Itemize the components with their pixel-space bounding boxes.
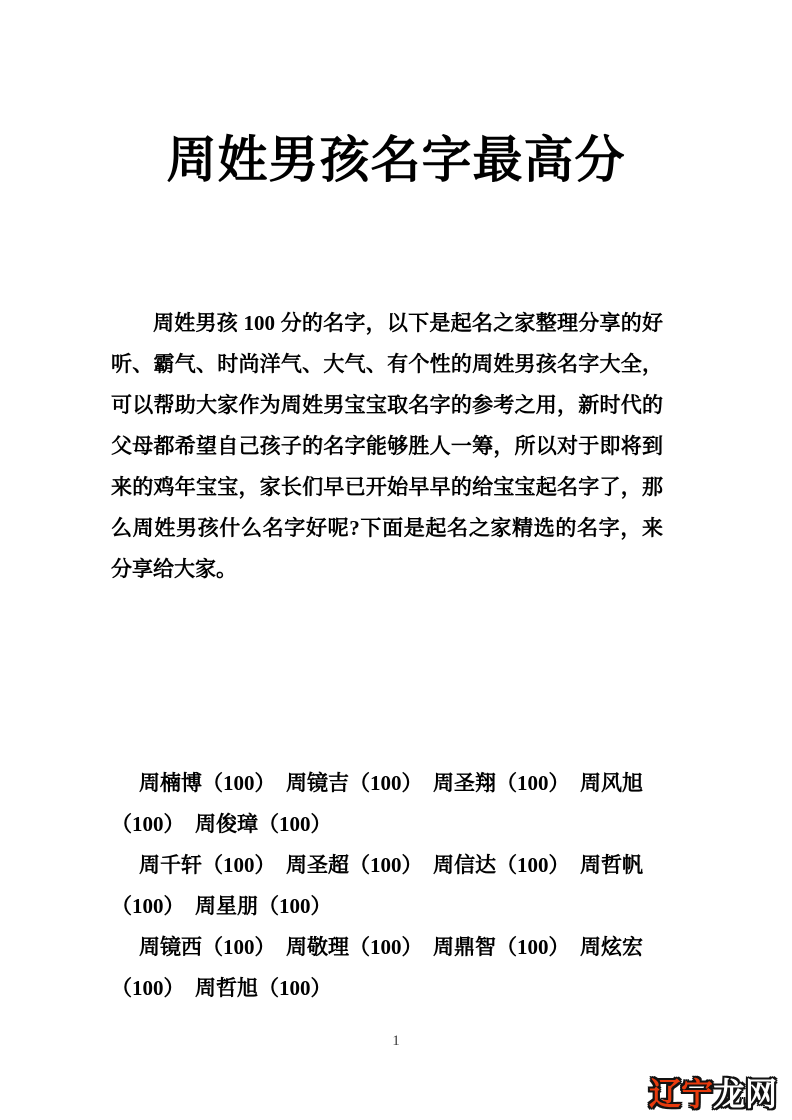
name-row: 周千轩（100） 周圣超（100） 周信达（100） 周哲帆（100） 周星朋（… (111, 845, 663, 927)
watermark-text-white: 龙网 (713, 1075, 777, 1113)
page-number: 1 (0, 1031, 792, 1051)
page-title: 周姓男孩名字最高分 (0, 124, 792, 197)
watermark-text-red: 辽宁 (649, 1075, 713, 1113)
name-list: 周楠博（100） 周镜吉（100） 周圣翔（100） 周风旭（100） 周俊璋（… (111, 763, 663, 1009)
name-row: 周楠博（100） 周镜吉（100） 周圣翔（100） 周风旭（100） 周俊璋（… (111, 763, 663, 845)
site-watermark-logo: 辽宁龙网 (649, 1076, 777, 1113)
name-row: 周镜西（100） 周敬理（100） 周鼎智（100） 周炫宏（100） 周哲旭（… (111, 927, 663, 1009)
document-page: 周姓男孩名字最高分 周姓男孩 100 分的名字，以下是起名之家整理分享的好听、霸… (0, 0, 792, 1120)
intro-paragraph: 周姓男孩 100 分的名字，以下是起名之家整理分享的好听、霸气、时尚洋气、大气、… (111, 303, 663, 590)
